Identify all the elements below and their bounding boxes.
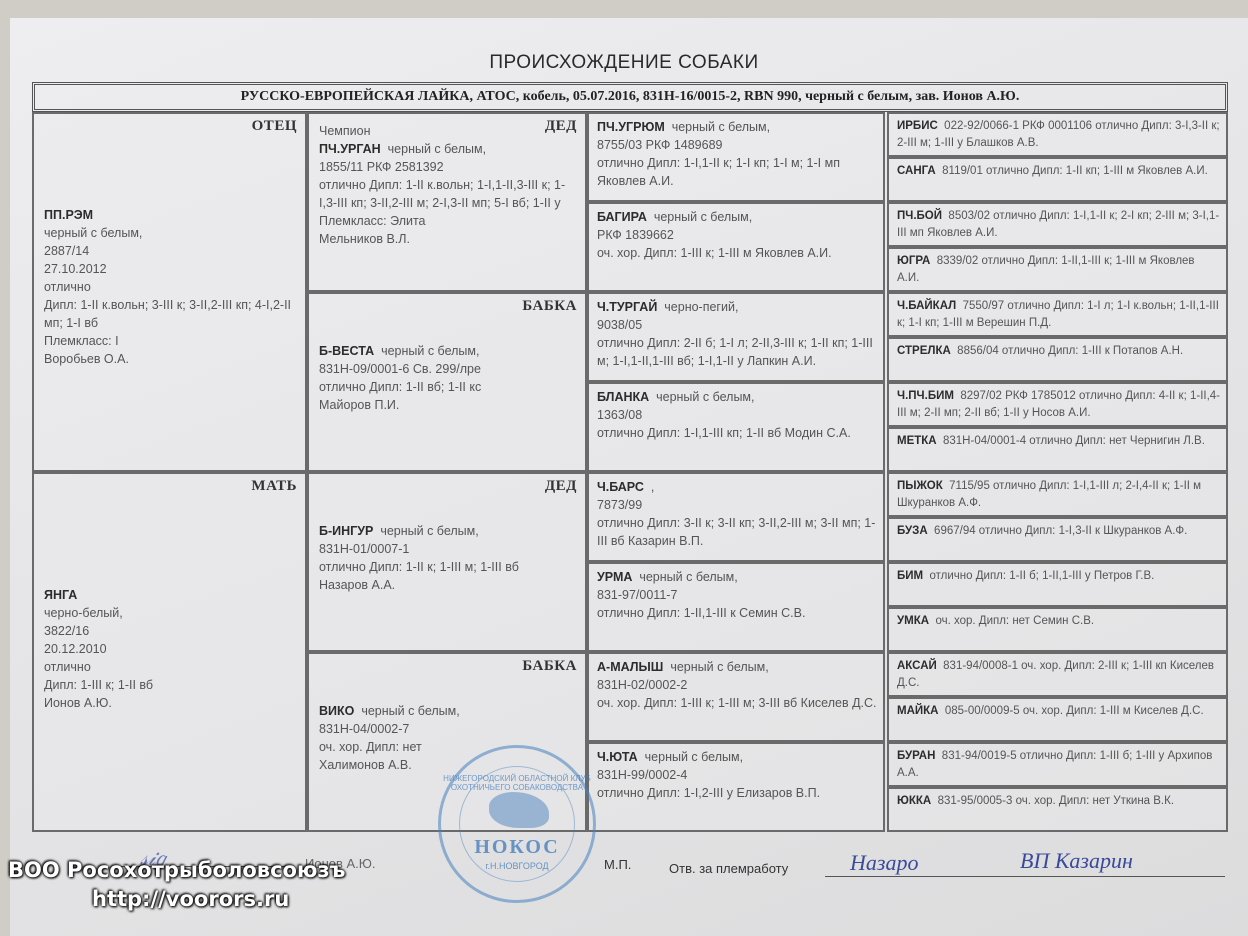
grandparent-cell: ДЕДБ-ИНГУР черный с белым,831Н-01/0007-1…	[307, 472, 587, 652]
dog-name: Ч.БАРС	[597, 480, 644, 494]
great-great-grandparent-info: Ч.БАЙКАЛ 7550/97 отлично Дипл: 1-I л; 1-…	[897, 298, 1220, 332]
great-grandparent-cell: Ч.ТУРГАЙ черно-пегий,9038/05отлично Дипл…	[587, 292, 885, 382]
great-grandparent-info: БЛАНКА черный с белым,1363/08отлично Дип…	[597, 388, 877, 442]
great-grandparent-cell: ПЧ.УГРЮМ черный с белым,8755/03 РКФ 1489…	[587, 112, 885, 202]
dog-name: ПП.РЭМ	[44, 206, 297, 224]
dog-summary-text: РУССКО-ЕВРОПЕЙСКАЯ ЛАЙКА, АТОС, кобель, …	[241, 89, 1020, 105]
mother-info: ЯНГА черно-белый, 3822/16 20.12.2010 отл…	[44, 586, 297, 712]
info-line: оч. хор. Дипл: 1-III к; 1-III м; 3-III в…	[597, 694, 877, 712]
great-great-grandparent-cell: АКСАЙ 831-94/0008-1 оч. хор. Дипл: 2-III…	[887, 652, 1228, 697]
great-great-grandparent-cell: САНГА 8119/01 отлично Дипл: 1-II кп; 1-I…	[887, 157, 1228, 202]
great-great-grandparent-cell: МАЙКА 085-00/0009-5 оч. хор. Дипл: 1-III…	[887, 697, 1228, 742]
breeding-label: Отв. за племработу	[669, 861, 788, 876]
dog-name: Ч.ТУРГАЙ	[597, 300, 657, 314]
info-line: Назаров А.А.	[319, 576, 577, 594]
great-great-grandparent-info: ПЫЖОК 7115/95 отлично Дипл: 1-I,1-III л;…	[897, 478, 1220, 512]
dog-details: 831-94/0008-1 оч. хор. Дипл: 2-III к; 1-…	[897, 660, 1214, 689]
dog-name: СТРЕЛКА	[897, 345, 951, 357]
info-line: черно-белый,	[44, 604, 297, 622]
info-line: 831Н-02/0002-2	[597, 676, 877, 694]
great-great-grandparent-cell: ПЧ.БОЙ 8503/02 отлично Дипл: 1-I,1-II к;…	[887, 202, 1228, 247]
dog-details: 831Н-04/0001-4 отлично Дипл: нет Черниги…	[943, 435, 1205, 447]
dog-name: Ч.ЮТА	[597, 750, 638, 764]
coat-color: черно-пегий,	[664, 300, 738, 314]
dog-details: 022-92/0066-1 РКФ 0001106 отлично Дипл: …	[897, 120, 1220, 149]
dog-name: А-МАЛЫШ	[597, 660, 663, 674]
info-line: отлично Дипл: 1-II к; 1-III м; 1-III вб	[319, 558, 577, 576]
coat-color: черный с белым,	[645, 750, 743, 764]
great-great-grandparent-info: МЕТКА 831Н-04/0001-4 отлично Дипл: нет Ч…	[897, 433, 1220, 450]
great-great-grandparent-cell: БУЗА 6967/94 отлично Дипл: 1-I,3-II к Шк…	[887, 517, 1228, 562]
grandparent-info: ЧемпионПЧ.УРГАН черный с белым,1855/11 Р…	[319, 122, 577, 248]
info-line: Племкласс: I	[44, 332, 297, 350]
breeding-signer-signature: ВП Казарин	[1020, 848, 1133, 874]
great-great-grandparent-info: САНГА 8119/01 отлично Дипл: 1-II кп; 1-I…	[897, 163, 1220, 180]
info-line: отлично Дипл: 1-II к.вольн; 1-I,1-II,3-I…	[319, 176, 577, 212]
great-grandparent-cell: Ч.ЮТА черный с белым,831Н-99/0002-4отлич…	[587, 742, 885, 832]
dog-name: САНГА	[897, 165, 936, 177]
father-cell: ОТЕЦ ПП.РЭМ черный с белым, 2887/14 27.1…	[32, 112, 307, 472]
great-great-grandparent-cell: Ч.БАЙКАЛ 7550/97 отлично Дипл: 1-I л; 1-…	[887, 292, 1228, 337]
great-great-grandparent-info: УМКА оч. хор. Дипл: нет Семин С.В.	[897, 613, 1220, 630]
info-line: 7873/99	[597, 496, 877, 514]
dog-name: Б-ИНГУР	[319, 524, 373, 538]
info-line: отлично Дипл: 1-II вб; 1-II кс	[319, 378, 577, 396]
great-great-grandparent-cell: СТРЕЛКА 8856/04 отлично Дипл: 1-III к По…	[887, 337, 1228, 382]
info-line: 831-97/0011-7	[597, 586, 877, 604]
dog-name: УМКА	[897, 615, 929, 627]
info-line: 9038/05	[597, 316, 877, 334]
dog-name: БАГИРА	[597, 210, 647, 224]
dog-details: 7115/95 отлично Дипл: 1-I,1-III л; 2-I,4…	[897, 480, 1201, 509]
info-line: 2887/14	[44, 242, 297, 260]
dog-name: БИМ	[897, 570, 923, 582]
great-grandparent-cell: Ч.БАРС ,7873/99отлично Дипл: 3-II к; 3-I…	[587, 472, 885, 562]
info-line: РКФ 1839662	[597, 226, 877, 244]
great-great-grandparent-cell: БУРАН 831-94/0019-5 отлично Дипл: 1-III …	[887, 742, 1228, 787]
coat-color: черный с белым,	[639, 570, 737, 584]
great-grandparent-info: УРМА черный с белым,831-97/0011-7отлично…	[597, 568, 877, 622]
great-great-grandparent-info: БУЗА 6967/94 отлично Дипл: 1-I,3-II к Шк…	[897, 523, 1220, 540]
dog-name: АКСАЙ	[897, 660, 937, 672]
info-line: Племкласс: Элита	[319, 212, 577, 230]
info-line: Ионов А.Ю.	[44, 694, 297, 712]
dog-details: 085-00/0009-5 оч. хор. Дипл: 1-III м Кис…	[945, 705, 1204, 717]
info-line: 831Н-01/0007-1	[319, 540, 577, 558]
role-label: БАБКА	[522, 657, 577, 675]
info-line: 20.12.2010	[44, 640, 297, 658]
great-grandparent-info: Ч.ЮТА черный с белым,831Н-99/0002-4отлич…	[597, 748, 877, 802]
great-grandparent-info: Ч.БАРС ,7873/99отлично Дипл: 3-II к; 3-I…	[597, 478, 877, 550]
great-great-grandparent-info: Ч.ПЧ.БИМ 8297/02 РКФ 1785012 отлично Дип…	[897, 388, 1220, 422]
grandparent-info: Б-ИНГУР черный с белым,831Н-01/0007-1отл…	[319, 522, 577, 594]
dog-name: БУЗА	[897, 525, 928, 537]
dog-details: 6967/94 отлично Дипл: 1-I,3-II к Шкуранк…	[934, 525, 1187, 537]
great-great-grandparent-info: ЮККА 831-95/0005-3 оч. хор. Дипл: нет Ут…	[897, 793, 1220, 810]
dog-name: БУРАН	[897, 750, 935, 762]
info-line: Майоров П.И.	[319, 396, 577, 414]
stamp-abbr: НОКОС	[441, 836, 593, 859]
mother-cell: МАТЬ ЯНГА черно-белый, 3822/16 20.12.201…	[32, 472, 307, 832]
document-title: ПРОИСХОЖДЕНИЕ СОБАКИ	[0, 52, 1248, 74]
info-line: оч. хор. Дипл: 1-III к; 1-III м Яковлев …	[597, 244, 877, 262]
great-great-grandparent-cell: МЕТКА 831Н-04/0001-4 отлично Дипл: нет Ч…	[887, 427, 1228, 472]
info-line: 831Н-09/0001-6 Св. 299/лре	[319, 360, 577, 378]
great-grandparent-cell: УРМА черный с белым,831-97/0011-7отлично…	[587, 562, 885, 652]
seal-label: М.П.	[604, 857, 631, 872]
great-grandparent-info: ПЧ.УГРЮМ черный с белым,8755/03 РКФ 1489…	[597, 118, 877, 190]
watermark-url: http://voorors.ru	[92, 887, 289, 911]
info-line: 831Н-04/0002-7	[319, 720, 577, 738]
dog-name: ИРБИС	[897, 120, 938, 132]
dog-name: ВИКО	[319, 704, 354, 718]
coat-color: черный с белым,	[656, 390, 754, 404]
breeding-signature-line	[825, 876, 1225, 877]
dog-name: ЯНГА	[44, 586, 297, 604]
great-great-grandparent-info: СТРЕЛКА 8856/04 отлично Дипл: 1-III к По…	[897, 343, 1220, 360]
pedigree-table: ОТЕЦ ПП.РЭМ черный с белым, 2887/14 27.1…	[32, 112, 1228, 832]
info-line: 8755/03 РКФ 1489689	[597, 136, 877, 154]
info-line: отлично Дипл: 3-II к; 3-II кп; 3-II,2-II…	[597, 514, 877, 550]
great-great-grandparent-info: АКСАЙ 831-94/0008-1 оч. хор. Дипл: 2-III…	[897, 658, 1220, 692]
breeding-signature: Назаро	[850, 850, 918, 876]
dog-name: ПЫЖОК	[897, 480, 943, 492]
info-line: 1855/11 РКФ 2581392	[319, 158, 577, 176]
info-line: 831Н-99/0002-4	[597, 766, 877, 784]
info-line: отлично Дипл: 1-I,1-III кп; 1-II вб Моди…	[597, 424, 877, 442]
role-label: МАТЬ	[251, 477, 297, 495]
dog-summary: РУССКО-ЕВРОПЕЙСКАЯ ЛАЙКА, АТОС, кобель, …	[32, 82, 1228, 112]
dog-details: 8503/02 отлично Дипл: 1-I,1-II к; 2-I кп…	[897, 210, 1219, 239]
great-grandparent-cell: А-МАЛЫШ черный с белым,831Н-02/0002-2оч.…	[587, 652, 885, 742]
dog-details: 8339/02 отлично Дипл: 1-II,1-III к; 1-II…	[897, 255, 1195, 284]
info-line: черный с белым,	[44, 224, 297, 242]
grandparent-cell: ДЕДЧемпионПЧ.УРГАН черный с белым,1855/1…	[307, 112, 587, 292]
dog-details: оч. хор. Дипл: нет Семин С.В.	[935, 615, 1094, 627]
great-grandparent-info: А-МАЛЫШ черный с белым,831Н-02/0002-2оч.…	[597, 658, 877, 712]
great-great-grandparent-info: ПЧ.БОЙ 8503/02 отлично Дипл: 1-I,1-II к;…	[897, 208, 1220, 242]
coat-color: черный с белым,	[670, 660, 768, 674]
info-line: Дипл: 1-II к.вольн; 3-III к; 3-II,2-III …	[44, 296, 297, 332]
stamp-ring-text: НИЖЕГОРОДСКИЙ ОБЛАСТНОЙ КЛУБ ОХОТНИЧЬЕГО…	[441, 774, 593, 792]
info-line: отлично	[44, 658, 297, 676]
stamp-city: г.Н.НОВГОРОД	[441, 861, 593, 871]
dog-name: ПЧ.УРГАН	[319, 142, 381, 156]
info-line: отлично Дипл: 1-I,1-II к; 1-I кп; 1-I м;…	[597, 154, 877, 190]
great-great-grandparent-info: ЮГРА 8339/02 отлично Дипл: 1-II,1-III к;…	[897, 253, 1220, 287]
info-line: отлично Дипл: 1-II,1-III к Семин С.В.	[597, 604, 877, 622]
father-info: ПП.РЭМ черный с белым, 2887/14 27.10.201…	[44, 206, 297, 368]
dog-details: 831-94/0019-5 отлично Дипл: 1-III б; 1-I…	[897, 750, 1212, 779]
great-grandparent-cell: БЛАНКА черный с белым,1363/08отлично Дип…	[587, 382, 885, 472]
dog-name: Ч.БАЙКАЛ	[897, 300, 956, 312]
great-great-grandparent-cell: ИРБИС 022-92/0066-1 РКФ 0001106 отлично …	[887, 112, 1228, 157]
great-great-grandparent-cell: Ч.ПЧ.БИМ 8297/02 РКФ 1785012 отлично Дип…	[887, 382, 1228, 427]
dog-name: ЮГРА	[897, 255, 930, 267]
great-great-grandparent-cell: УМКА оч. хор. Дипл: нет Семин С.В.	[887, 607, 1228, 652]
coat-color: черный с белым,	[361, 704, 459, 718]
great-great-grandparent-info: ИРБИС 022-92/0066-1 РКФ 0001106 отлично …	[897, 118, 1220, 152]
grandparent-cell: БАБКАБ-ВЕСТА черный с белым,831Н-09/0001…	[307, 292, 587, 472]
great-grandparent-info: БАГИРА черный с белым,РКФ 1839662оч. хор…	[597, 208, 877, 262]
dog-name: ЮККА	[897, 795, 931, 807]
watermark-org: ВОО Росохотрыболовсоюзъ	[8, 858, 345, 882]
role-label: БАБКА	[522, 297, 577, 315]
coat-color: черный с белым,	[380, 524, 478, 538]
title-prefix: Чемпион	[319, 122, 577, 140]
great-great-grandparent-info: БИМ отлично Дипл: 1-II б; 1-II,1-III у П…	[897, 568, 1220, 585]
great-great-grandparent-cell: ПЫЖОК 7115/95 отлично Дипл: 1-I,1-III л;…	[887, 472, 1228, 517]
dog-name: ПЧ.БОЙ	[897, 210, 942, 222]
dog-details: 8119/01 отлично Дипл: 1-II кп; 1-III м Я…	[942, 165, 1208, 177]
great-great-grandparent-cell: ЮГРА 8339/02 отлично Дипл: 1-II,1-III к;…	[887, 247, 1228, 292]
dog-name: БЛАНКА	[597, 390, 649, 404]
coat-color: черный с белым,	[672, 120, 770, 134]
info-line: отлично Дипл: 1-I,2-III у Елизаров В.П.	[597, 784, 877, 802]
dog-name: МАЙКА	[897, 705, 938, 717]
dog-name: Б-ВЕСТА	[319, 344, 374, 358]
coat-color: ,	[651, 480, 654, 494]
great-great-grandparent-info: МАЙКА 085-00/0009-5 оч. хор. Дипл: 1-III…	[897, 703, 1220, 720]
role-label: ДЕД	[545, 477, 577, 495]
dog-name: УРМА	[597, 570, 632, 584]
coat-color: черный с белым,	[381, 344, 479, 358]
role-label: ОТЕЦ	[252, 117, 297, 135]
great-grandparent-cell: БАГИРА черный с белым,РКФ 1839662оч. хор…	[587, 202, 885, 292]
info-line: 27.10.2012	[44, 260, 297, 278]
coat-color: черный с белым,	[654, 210, 752, 224]
great-great-grandparent-cell: ЮККА 831-95/0005-3 оч. хор. Дипл: нет Ут…	[887, 787, 1228, 832]
grandparent-info: Б-ВЕСТА черный с белым,831Н-09/0001-6 Св…	[319, 342, 577, 414]
dog-name: МЕТКА	[897, 435, 937, 447]
dog-name: Ч.ПЧ.БИМ	[897, 390, 954, 402]
info-line: отлично Дипл: 2-II б; 1-I л; 2-II,3-III …	[597, 334, 877, 370]
dog-name: ПЧ.УГРЮМ	[597, 120, 665, 134]
club-stamp: НИЖЕГОРОДСКИЙ ОБЛАСТНОЙ КЛУБ ОХОТНИЧЬЕГО…	[438, 745, 596, 903]
info-line: 1363/08	[597, 406, 877, 424]
great-grandparent-info: Ч.ТУРГАЙ черно-пегий,9038/05отлично Дипл…	[597, 298, 877, 370]
info-line: Мельников В.Л.	[319, 230, 577, 248]
great-great-grandparent-cell: БИМ отлично Дипл: 1-II б; 1-II,1-III у П…	[887, 562, 1228, 607]
info-line: Воробьев О.А.	[44, 350, 297, 368]
dog-details: 831-95/0005-3 оч. хор. Дипл: нет Уткина …	[938, 795, 1174, 807]
coat-color: черный с белым,	[388, 142, 486, 156]
dog-details: отлично Дипл: 1-II б; 1-II,1-III у Петро…	[930, 570, 1155, 582]
great-great-grandparent-info: БУРАН 831-94/0019-5 отлично Дипл: 1-III …	[897, 748, 1220, 782]
info-line: отлично	[44, 278, 297, 296]
info-line: Дипл: 1-III к; 1-II вб	[44, 676, 297, 694]
dog-details: 8856/04 отлично Дипл: 1-III к Потапов А.…	[957, 345, 1183, 357]
info-line: 3822/16	[44, 622, 297, 640]
